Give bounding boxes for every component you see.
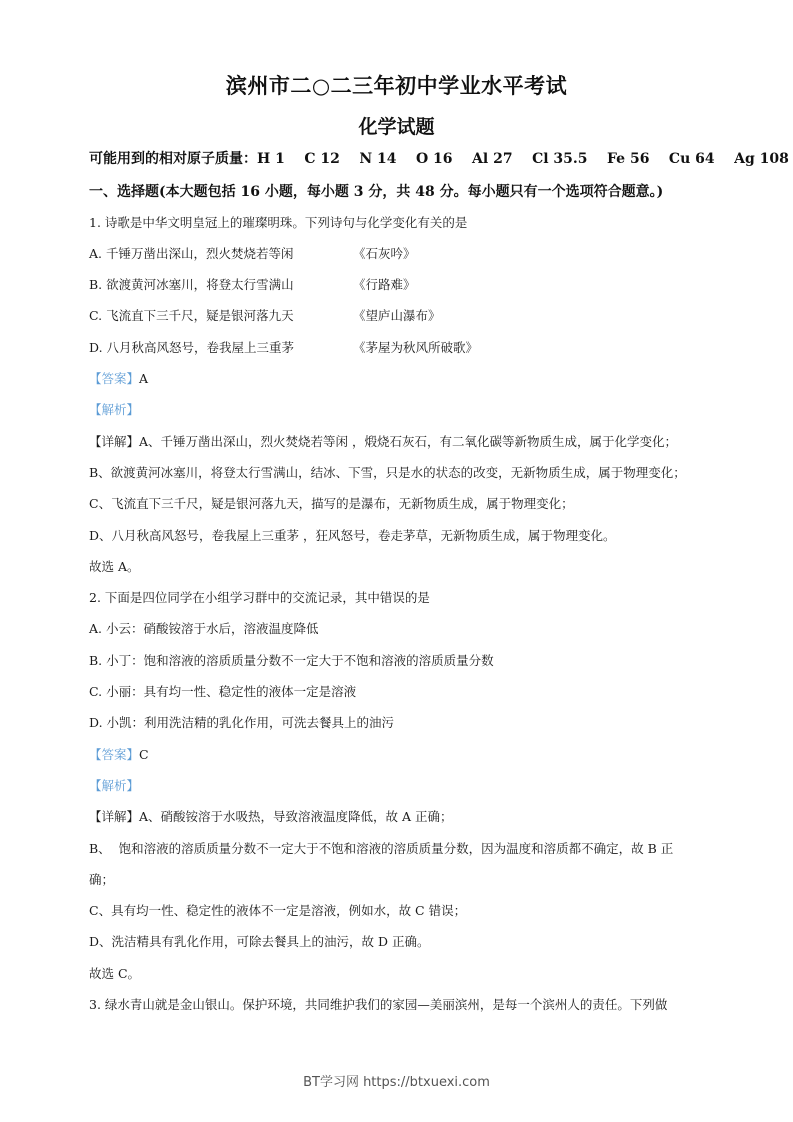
answer-label: 【答案】 xyxy=(89,747,139,762)
q2-stem: 2. 下面是四位同学在小组学习群中的交流记录，其中错误的是 xyxy=(89,590,753,606)
option-source: 《望庐山瀑布》 xyxy=(353,308,441,324)
q2-detail-d: D、洗洁精具有乳化作用，可除去餐具上的油污，故 D 正确。 xyxy=(89,934,753,950)
analysis-label: 【解析】 xyxy=(89,778,139,793)
watermark-footer: BT学习网 https://btxuexi.com xyxy=(0,1071,793,1090)
detail-text: A、硝酸铵溶于水吸热，导致溶液温度降低，故 A 正确； xyxy=(139,809,453,824)
q1-option-a: A. 千锤万凿出深山，烈火焚烧若等闲《石灰吟》 xyxy=(89,246,753,262)
option-text: B. 欲渡黄河冰塞川，将登太行雪满山 xyxy=(89,277,327,293)
q1-answer: 【答案】A xyxy=(89,371,753,387)
answer-value: C xyxy=(139,747,149,762)
q1-detail-c: C、飞流直下三千尺，疑是银河落九天，描写的是瀑布，无新物质生成，属于物理变化； xyxy=(89,496,753,512)
answer-label: 【答案】 xyxy=(89,371,139,386)
q1-detail-b: B、欲渡黄河冰塞川，将登太行雪满山，结冰、下雪，只是水的状态的改变，无新物质生成… xyxy=(89,465,753,481)
q1-option-d: D. 八月秋高风怒号，卷我屋上三重茅《茅屋为秋风所破歌》 xyxy=(89,340,753,356)
section-heading: 一、选择题(本大题包括 16 小题，每小题 3 分，共 48 分。每小题只有一个… xyxy=(89,184,753,200)
option-text: D. 八月秋高风怒号，卷我屋上三重茅 xyxy=(89,340,327,356)
option-text: A. 千锤万凿出深山，烈火焚烧若等闲 xyxy=(89,246,327,262)
exam-page: 滨州市二○二三年初中学业水平考试 化学试题 可能用到的相对原子质量：H 1 C … xyxy=(0,0,793,1122)
q1-option-c: C. 飞流直下三千尺，疑是银河落九天《望庐山瀑布》 xyxy=(89,308,753,324)
q1-detail-d: D、八月秋高风怒号，卷我屋上三重茅 ，狂风怒号，卷走茅草，无新物质生成，属于物理… xyxy=(89,528,753,544)
q1-conclusion: 故选 A。 xyxy=(89,559,753,575)
q2-detail-b: B、 饱和溶液的溶质质量分数不一定大于不饱和溶液的溶质质量分数，因为温度和溶质都… xyxy=(89,841,753,857)
exam-title: 滨州市二○二三年初中学业水平考试 xyxy=(0,70,793,100)
q2-analysis: 【解析】 xyxy=(89,778,753,794)
q2-detail-b-cont: 确； xyxy=(89,872,753,888)
detail-label: 【详解】 xyxy=(89,809,139,824)
q1-option-b: B. 欲渡黄河冰塞川，将登太行雪满山《行路难》 xyxy=(89,277,753,293)
q2-answer: 【答案】C xyxy=(89,747,753,763)
answer-value: A xyxy=(139,371,148,386)
q2-option-a: A. 小云：硝酸铵溶于水后，溶液温度降低 xyxy=(89,621,753,637)
option-source: 《石灰吟》 xyxy=(353,246,416,262)
detail-label: 【详解】 xyxy=(89,434,139,449)
q1-analysis: 【解析】 xyxy=(89,402,753,418)
option-source: 《行路难》 xyxy=(353,277,416,293)
q1-stem: 1. 诗歌是中华文明皇冠上的璀璨明珠。下列诗句与化学变化有关的是 xyxy=(89,215,753,231)
q2-detail-a: 【详解】A、硝酸铵溶于水吸热，导致溶液温度降低，故 A 正确； xyxy=(89,809,753,825)
atomic-masses: 可能用到的相对原子质量：H 1 C 12 N 14 O 16 Al 27 Cl … xyxy=(89,151,753,167)
exam-subtitle: 化学试题 xyxy=(0,112,793,139)
q2-option-b: B. 小丁：饱和溶液的溶质质量分数不一定大于不饱和溶液的溶质质量分数 xyxy=(89,653,753,669)
option-text: C. 飞流直下三千尺，疑是银河落九天 xyxy=(89,308,327,324)
option-source: 《茅屋为秋风所破歌》 xyxy=(353,340,478,356)
q1-detail-a: 【详解】A、千锤万凿出深山，烈火焚烧若等闲 ，煅烧石灰石，有二氧化碳等新物质生成… xyxy=(89,434,753,450)
detail-text: A、千锤万凿出深山，烈火焚烧若等闲 ，煅烧石灰石，有二氧化碳等新物质生成，属于化… xyxy=(139,434,677,449)
q2-option-d: D. 小凯：利用洗洁精的乳化作用，可洗去餐具上的油污 xyxy=(89,715,753,731)
analysis-label: 【解析】 xyxy=(89,402,139,417)
q3-stem: 3. 绿水青山就是金山银山。保护环境，共同维护我们的家园—美丽滨州，是每一个滨州… xyxy=(89,997,753,1013)
q2-detail-c: C、具有均一性、稳定性的液体不一定是溶液，例如水，故 C 错误； xyxy=(89,903,753,919)
q2-option-c: C. 小丽：具有均一性、稳定性的液体一定是溶液 xyxy=(89,684,753,700)
q2-conclusion: 故选 C。 xyxy=(89,966,753,982)
